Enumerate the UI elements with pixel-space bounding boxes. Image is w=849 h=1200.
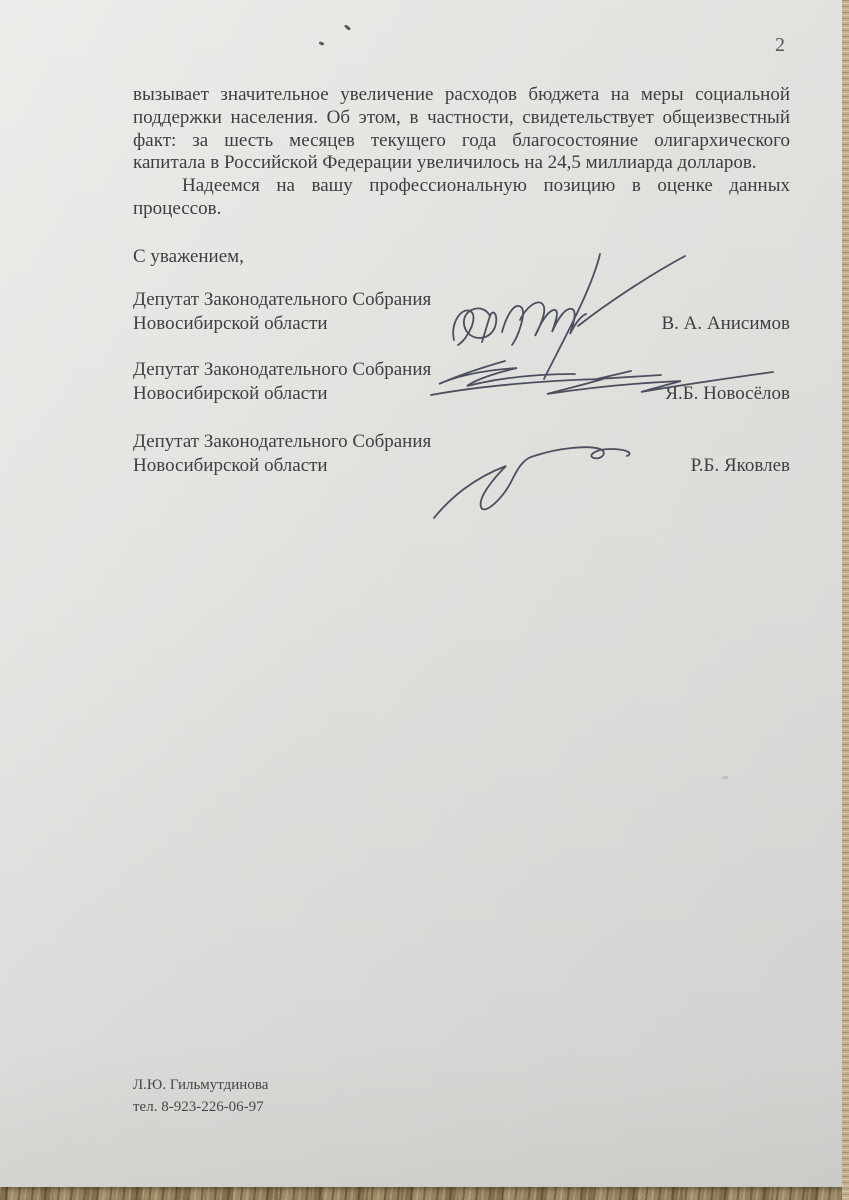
- paragraph-line: Надеемся на вашу профессиональную позици…: [133, 175, 790, 198]
- signatory-title-line: Депутат Законодательного Собрания: [133, 358, 431, 382]
- scanned-letter-page: 2 вызывает значительное увеличение расхо…: [0, 0, 843, 1187]
- body-paragraph-1: вызывает значительное увеличение расходо…: [133, 84, 790, 175]
- novosyolov-signature-icon: [425, 341, 777, 399]
- closing-salutation: С уважением,: [133, 246, 244, 268]
- signatory-title: Депутат Законодательного Собрания Новоси…: [133, 358, 431, 405]
- paragraph-line: капитала в Российской Федерации увеличил…: [133, 152, 790, 175]
- dirt-speck: [319, 41, 325, 46]
- dirt-speck: [344, 24, 351, 31]
- yakovlev-signature-icon: [428, 436, 648, 520]
- signatory-title-line: Депутат Законодательного Собрания: [133, 288, 431, 312]
- signatory-title: Депутат Законодательного Собрания Новоси…: [133, 430, 431, 477]
- table-surface-edge: [842, 0, 849, 1200]
- signatory-title: Депутат Законодательного Собрания Новоси…: [133, 288, 431, 335]
- contact-phone: тел. 8-923-226-06-97: [133, 1096, 268, 1118]
- body-paragraph-2: Надеемся на вашу профессиональную позици…: [133, 175, 790, 221]
- paragraph-line: факт: за шесть месяцев текущего года бла…: [133, 130, 790, 153]
- signatory-title-line: Новосибирской области: [133, 312, 431, 336]
- signatory-title-line: Новосибирской области: [133, 454, 431, 478]
- paragraph-line: процессов.: [133, 198, 790, 221]
- paragraph-line: вызывает значительное увеличение расходо…: [133, 84, 790, 107]
- signatory-title-line: Новосибирской области: [133, 382, 431, 406]
- photo-of-document: { "page": { "number": "2" }, "colors": {…: [0, 0, 849, 1200]
- signatory-title-line: Депутат Законодательного Собрания: [133, 430, 431, 454]
- page-number: 2: [760, 34, 800, 57]
- contact-footer: Л.Ю. Гильмутдинова тел. 8-923-226-06-97: [133, 1074, 268, 1118]
- dirt-speck: [722, 776, 728, 779]
- paragraph-line: поддержки населения. Об этом, в частност…: [133, 107, 790, 130]
- signatory-name: Р.Б. Яковлев: [691, 454, 790, 478]
- contact-name: Л.Ю. Гильмутдинова: [133, 1074, 268, 1096]
